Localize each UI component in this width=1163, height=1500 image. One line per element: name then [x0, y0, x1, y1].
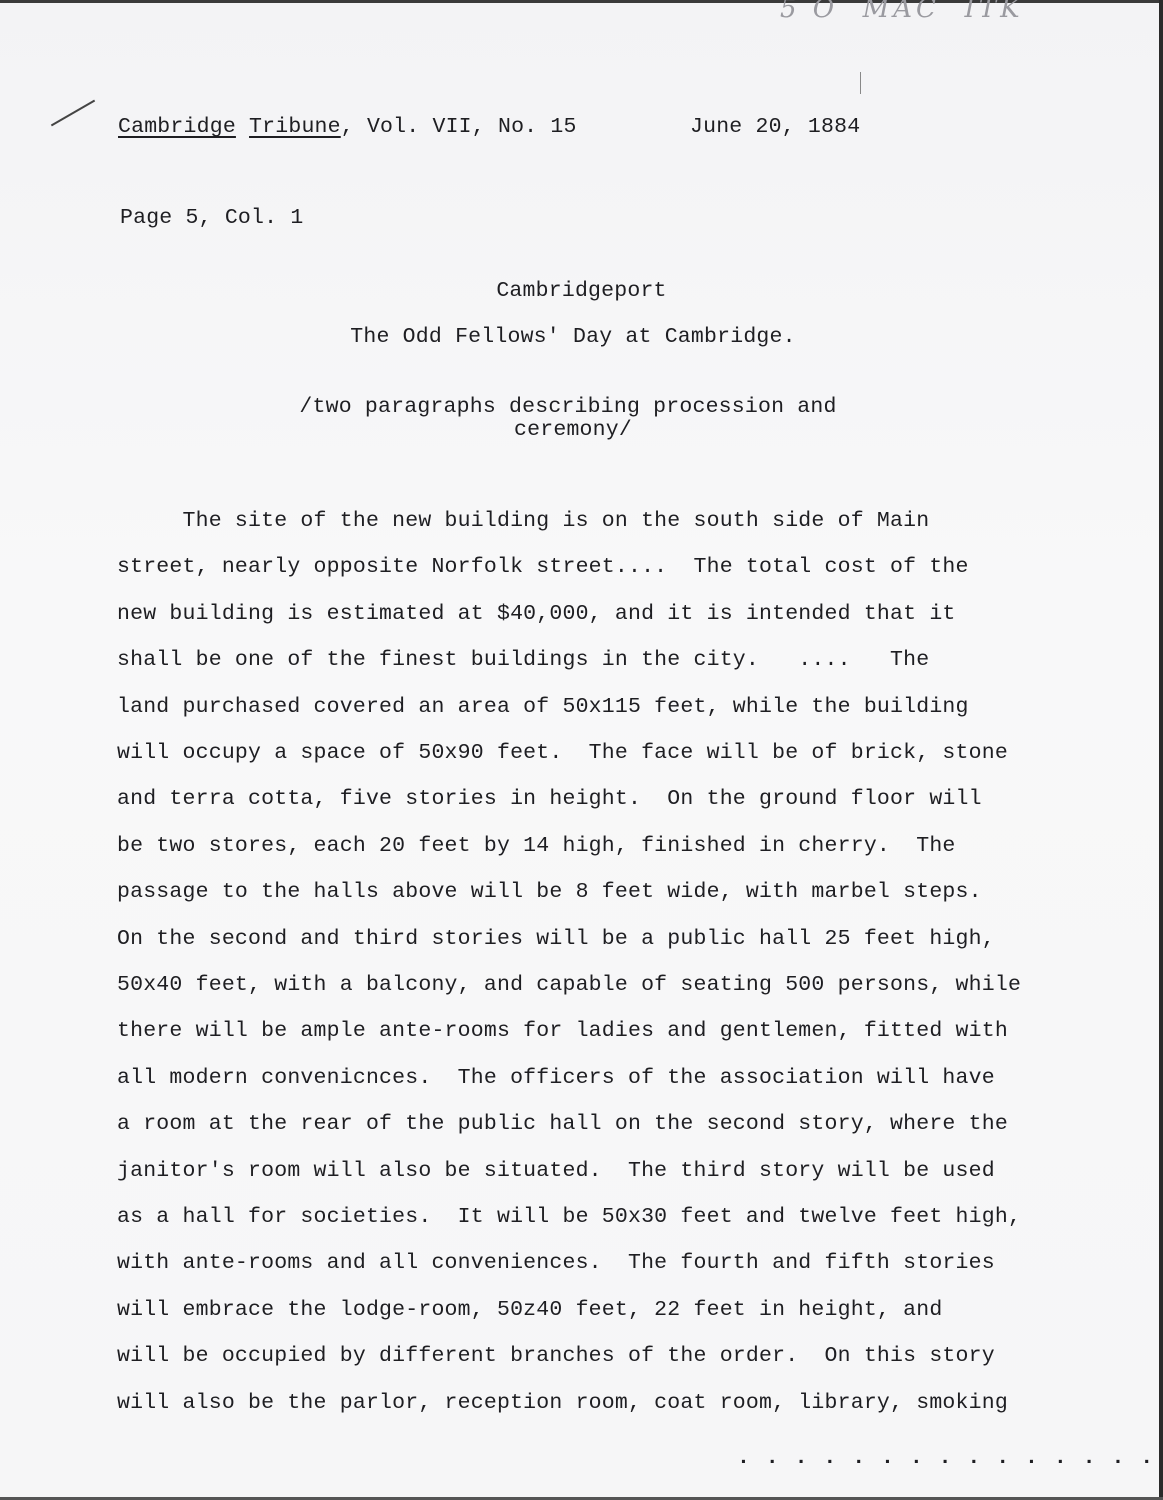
body-line: 50x40 feet, with a balcony, and capable … [117, 975, 1021, 997]
body-line: a room at the rear of the public hall on… [117, 1114, 1008, 1136]
body-line: On the second and third stories will be … [117, 929, 995, 951]
pencil-mark [860, 72, 861, 94]
publication-date: June 20, 1884 [690, 117, 860, 139]
body-line: will embrace the lodge-room, 50z40 feet,… [117, 1300, 942, 1322]
body-line: will also be the parlor, reception room,… [117, 1393, 1008, 1415]
document-page: 5 O MAC ITK Cambridge Tribune, Vol. VII,… [0, 0, 1163, 1500]
body-line: janitor's room will also be situated. Th… [117, 1161, 995, 1183]
body-line: there will be ample ante-rooms for ladie… [117, 1021, 1008, 1043]
body-line: passage to the halls above will be 8 fee… [117, 882, 982, 904]
body-line: street, nearly opposite Norfolk street..… [117, 557, 969, 579]
scan-edge-right [1159, 0, 1163, 1500]
page-location: Page 5, Col. 1 [120, 208, 303, 230]
editorial-note-line2: ceremony/ [0, 420, 1146, 442]
body-line: and terra cotta, five stories in height.… [117, 789, 982, 811]
check-mark [51, 100, 95, 127]
section-title: Cambridgeport [0, 281, 1163, 303]
body-line: shall be one of the finest buildings in … [117, 650, 929, 672]
handwritten-note: 5 O MAC ITK [780, 0, 1024, 24]
body-line: be two stores, each 20 feet by 14 high, … [117, 836, 956, 858]
ellipsis-continuation: . . . . . . . . . . . . . . . [737, 1448, 1155, 1470]
citation-header: Cambridge Tribune, Vol. VII, No. 15 [118, 117, 577, 139]
publication-name-2: Tribune [249, 115, 341, 139]
editorial-note-line1: /two paragraphs describing procession an… [0, 397, 1136, 419]
body-line: all modern convenicnces. The officers of… [117, 1068, 995, 1090]
volume-info: , Vol. VII, No. 15 [341, 115, 577, 139]
body-line: will occupy a space of 50x90 feet. The f… [117, 743, 1008, 765]
article-title: The Odd Fellows' Day at Cambridge. [0, 327, 1146, 349]
body-line: new building is estimated at $40,000, an… [117, 604, 956, 626]
body-line: with ante-rooms and all conveniences. Th… [117, 1253, 995, 1275]
body-line: The site of the new building is on the s… [117, 511, 929, 533]
body-line: land purchased covered an area of 50x115… [117, 697, 969, 719]
publication-name: Cambridge [118, 115, 236, 139]
body-line: as a hall for societies. It will be 50x3… [117, 1207, 1021, 1229]
body-line: will be occupied by different branches o… [117, 1346, 995, 1368]
